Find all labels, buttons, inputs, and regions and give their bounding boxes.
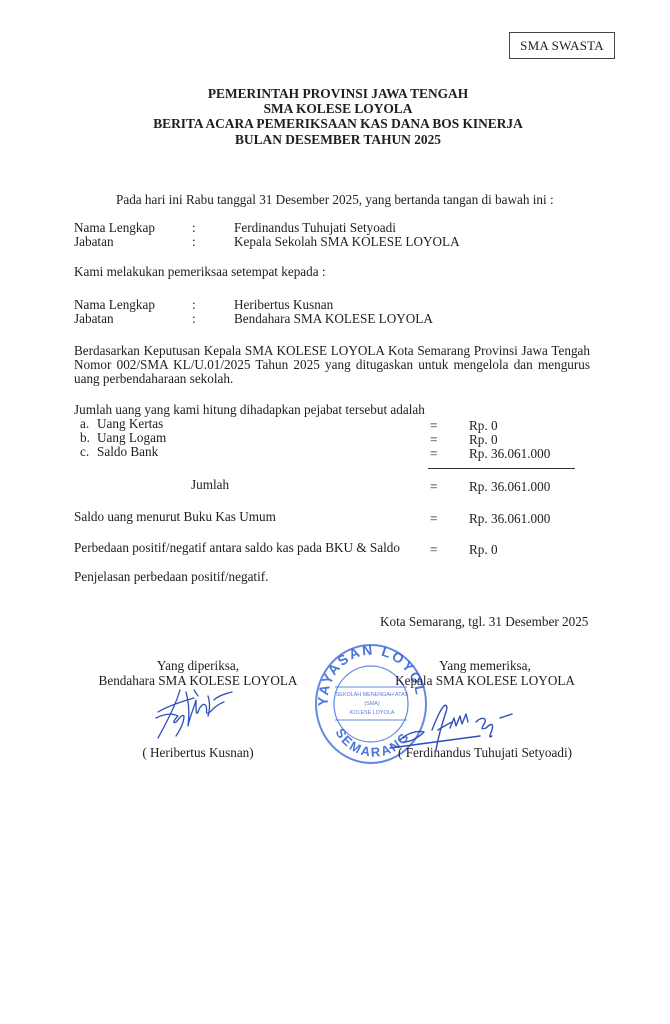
item-label: Saldo Bank bbox=[97, 444, 158, 459]
item-letter: a. bbox=[80, 416, 89, 431]
colon: : bbox=[192, 220, 196, 235]
header-period: BULAN DESEMBER TAHUN 2025 bbox=[0, 132, 670, 147]
place-date: Kota Semarang, tgl. 31 Desember 2025 bbox=[380, 614, 588, 629]
signature-name: ( Heribertus Kusnan) bbox=[98, 745, 298, 760]
header-school: SMA KOLESE LOYOLA bbox=[0, 101, 670, 116]
difference-note: Penjelasan perbedaan positif/negatif. bbox=[74, 569, 268, 584]
header-government: PEMERINTAH PROVINSI JAWA TENGAH bbox=[0, 86, 670, 101]
item-equals: = bbox=[430, 446, 437, 461]
header-title: BERITA ACARA PEMERIKSAAN KAS DANA BOS KI… bbox=[0, 116, 670, 131]
difference-value: Rp. 0 bbox=[469, 542, 498, 557]
signature-caption: Yang memeriksa, bbox=[360, 658, 610, 673]
decree-line-1: Berdasarkan Keputusan Kepala SMA KOLESE … bbox=[74, 343, 590, 358]
count-intro: Jumlah uang yang kami hitung dihadapkan … bbox=[74, 402, 425, 417]
examinee-position-label: Jabatan bbox=[74, 311, 114, 326]
sum-underline bbox=[428, 468, 575, 469]
item-equals: = bbox=[430, 418, 437, 433]
inspection-intro: Kami melakukan pemeriksaa setempat kepad… bbox=[74, 264, 326, 279]
total-equals: = bbox=[430, 479, 437, 494]
item-equals: = bbox=[430, 432, 437, 447]
examinee-name-value: Heribertus Kusnan bbox=[234, 297, 333, 312]
bku-balance-equals: = bbox=[430, 511, 437, 526]
difference-equals: = bbox=[430, 542, 437, 557]
document-header: PEMERINTAH PROVINSI JAWA TENGAH SMA KOLE… bbox=[0, 86, 670, 147]
colon: : bbox=[192, 234, 196, 249]
signature-examinee bbox=[150, 686, 240, 746]
examiner-position-label: Jabatan bbox=[74, 234, 114, 249]
bku-balance-label: Saldo uang menurut Buku Kas Umum bbox=[74, 509, 276, 524]
item-letter: b. bbox=[80, 430, 90, 445]
difference-label: Perbedaan positif/negatif antara saldo k… bbox=[74, 540, 400, 555]
signature-name: ( Ferdinandus Tuhujati Setyoadi) bbox=[360, 745, 610, 760]
signature-title: Kepala SMA KOLESE LOYOLA bbox=[360, 673, 610, 688]
svg-text:SEKOLAH MENENGAH ATAS: SEKOLAH MENENGAH ATAS bbox=[336, 692, 409, 698]
signature-caption: Yang diperiksa, bbox=[98, 658, 298, 673]
examinee-name-label: Nama Lengkap bbox=[74, 297, 155, 312]
colon: : bbox=[192, 311, 196, 326]
examiner-position-value: Kepala Sekolah SMA KOLESE LOYOLA bbox=[234, 234, 460, 249]
svg-text:(SMA): (SMA) bbox=[364, 701, 379, 707]
total-label: Jumlah bbox=[191, 477, 229, 492]
item-value: Rp. 0 bbox=[469, 432, 498, 447]
item-label: Uang Logam bbox=[97, 430, 166, 445]
examiner-name-value: Ferdinandus Tuhujati Setyoadi bbox=[234, 220, 396, 235]
item-value: Rp. 0 bbox=[469, 418, 498, 433]
intro-text: Pada hari ini Rabu tanggal 31 Desember 2… bbox=[116, 192, 554, 207]
item-label: Uang Kertas bbox=[97, 416, 163, 431]
bku-balance-value: Rp. 36.061.000 bbox=[469, 511, 550, 526]
decree-line-3: uang perbendaharaan sekolah. bbox=[74, 371, 233, 386]
item-value: Rp. 36.061.000 bbox=[469, 446, 550, 461]
examiner-name-label: Nama Lengkap bbox=[74, 220, 155, 235]
school-type-badge: SMA SWASTA bbox=[509, 32, 615, 59]
colon: : bbox=[192, 297, 196, 312]
item-letter: c. bbox=[80, 444, 89, 459]
total-value: Rp. 36.061.000 bbox=[469, 479, 550, 494]
decree-line-2: Nomor 002/SMA KL/U.01/2025 Tahun 2025 ya… bbox=[74, 357, 590, 372]
examinee-position-value: Bendahara SMA KOLESE LOYOLA bbox=[234, 311, 433, 326]
